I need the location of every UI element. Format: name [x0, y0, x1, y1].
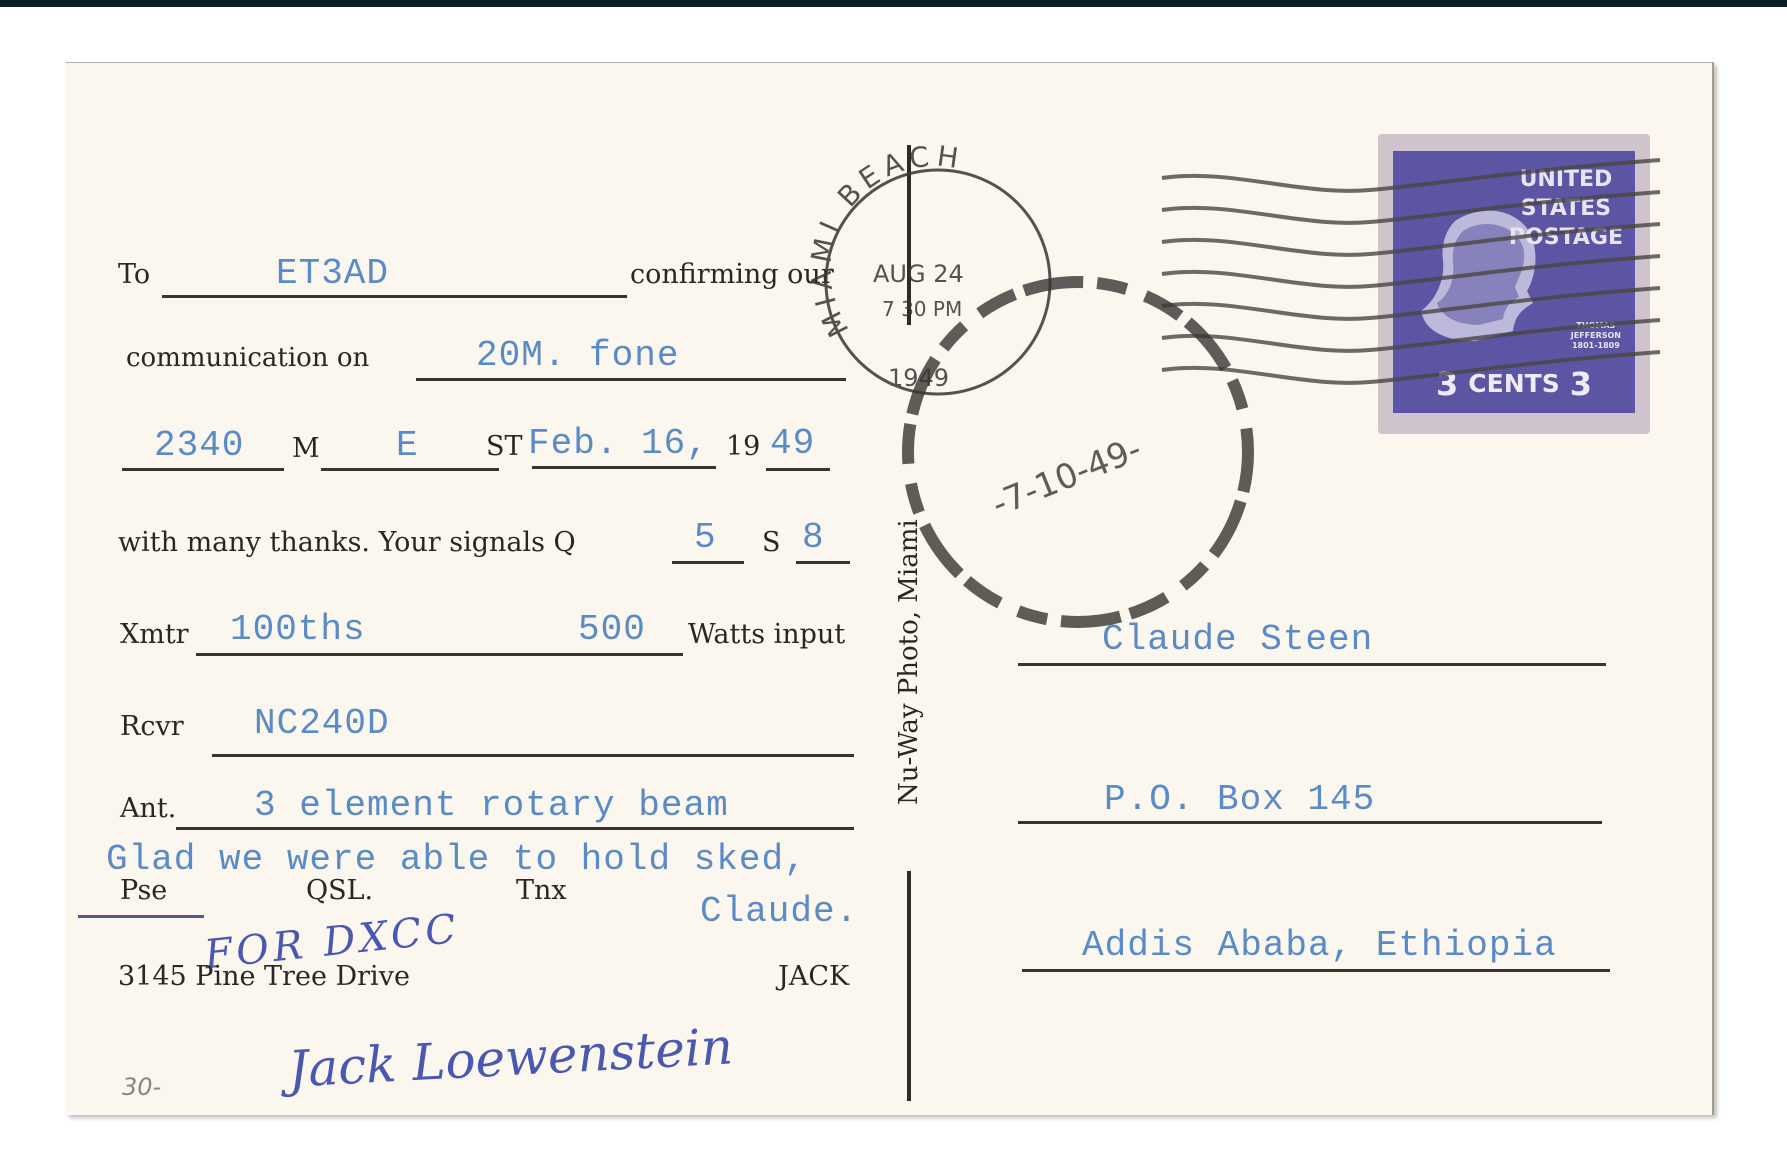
to-underline — [162, 295, 627, 298]
watts-value: 500 — [578, 609, 646, 650]
publisher-imprint: Nu-Way Photo, Miami — [894, 519, 924, 805]
time-underline — [122, 468, 284, 471]
pse-underline — [78, 915, 204, 918]
date-underline — [532, 466, 716, 469]
signature: Jack Loewenstein — [287, 1017, 735, 1098]
s-strength-value: 8 — [802, 517, 825, 558]
time-value: 2340 — [154, 425, 244, 466]
st-label: ST — [486, 431, 523, 462]
communication-underline — [416, 378, 846, 381]
sender-name: JACK — [778, 961, 849, 992]
recipient-address-underline — [1018, 821, 1602, 824]
rcvr-label: Rcvr — [120, 711, 184, 742]
postage-stamp: UNITED STATES POSTAGE THOMAS JEFFERSON 1… — [1378, 134, 1650, 434]
antenna-value: 3 element rotary beam — [254, 785, 729, 826]
center-divider-top — [907, 145, 911, 325]
scan-top-edge — [0, 0, 1787, 7]
s-label: S — [762, 527, 781, 558]
xmtr-label: Xmtr — [120, 619, 189, 650]
zone-underline — [321, 468, 499, 471]
q-underline — [672, 561, 744, 564]
message-line-2: Claude. — [700, 891, 858, 932]
year-prefix: 19 — [726, 431, 760, 462]
qsl-label: QSL. — [306, 875, 373, 906]
communication-label: communication on — [126, 343, 369, 373]
stamp-face: UNITED STATES POSTAGE THOMAS JEFFERSON 1… — [1393, 151, 1635, 413]
pse-label: Pse — [120, 875, 167, 906]
s-underline — [796, 561, 850, 564]
ant-label: Ant. — [120, 793, 176, 824]
receiver-value: NC240D — [254, 703, 390, 744]
message-line-1: Glad we were able to hold sked, — [106, 839, 807, 880]
to-label: To — [118, 259, 150, 290]
recipient-city-underline — [1022, 969, 1610, 972]
tnx-label: Tnx — [516, 875, 567, 906]
thanks-label: with many thanks. Your signals Q — [118, 527, 576, 558]
stamp-denomination: 3CENTS3 — [1393, 365, 1635, 403]
confirming-label: confirming our — [630, 259, 834, 290]
ant-underline — [176, 827, 854, 830]
stamp-title: UNITED STATES POSTAGE — [1509, 165, 1623, 252]
year-suffix: 49 — [770, 423, 815, 464]
recipient-name-underline — [1018, 663, 1606, 666]
recipient-address: P.O. Box 145 — [1104, 779, 1375, 820]
stamp-caption: THOMAS JEFFERSON 1801-1809 — [1571, 321, 1621, 351]
date-value: Feb. 16, — [528, 423, 709, 464]
year-underline — [766, 468, 830, 471]
band-mode-value: 20M. fone — [476, 335, 679, 376]
zone-value: E — [396, 425, 419, 466]
to-callsign: ET3AD — [276, 253, 389, 294]
recipient-name: Claude Steen — [1102, 619, 1373, 660]
pencil-note: 30- — [122, 1073, 161, 1101]
q-readability-value: 5 — [694, 517, 717, 558]
watts-label: Watts input — [688, 619, 845, 650]
sender-address: 3145 Pine Tree Drive — [118, 961, 410, 992]
center-divider-bottom — [907, 871, 911, 1101]
transmitter-value: 100ths — [230, 609, 366, 650]
xmtr-underline — [196, 653, 683, 656]
rcvr-underline — [212, 754, 854, 757]
recipient-city: Addis Ababa, Ethiopia — [1082, 925, 1557, 966]
m-label: M — [292, 433, 320, 464]
